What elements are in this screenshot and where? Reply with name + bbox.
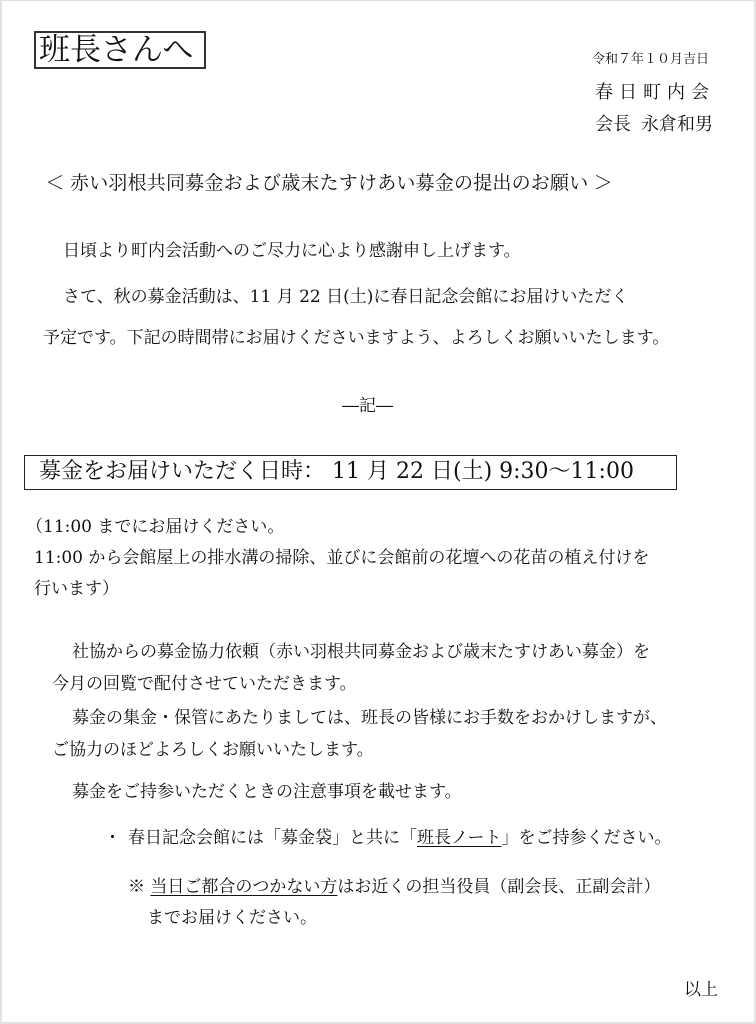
open-bracket: ＜: [40, 168, 70, 195]
schedule-box: 募金をお届けいただく日時： 11 月 22 日(土) 9:30～11:00: [24, 455, 677, 490]
schedule-label: 募金をお届けいただく日時：: [39, 459, 325, 484]
note-text-after: はお近くの担当役員（副会長、正副会計）: [337, 877, 660, 897]
body-line-2: 今月の回覧で配付させていただきます。: [52, 669, 357, 694]
closing-mark: 以上: [684, 975, 718, 1000]
note-line-1: ※ 当日ご都合のつかない方はお近くの担当役員（副会長、正副会計）: [128, 872, 660, 897]
note-underlined-text: 当日ご都合のつかない方: [150, 877, 337, 897]
issue-date: 令和７年１０月吉日: [592, 48, 709, 67]
president-title: 会長: [595, 114, 631, 135]
addressee-box: 班長さんへ: [34, 31, 206, 69]
note-line-2: までお届けください。: [147, 903, 317, 928]
page-edge-left: [0, 0, 2, 1024]
subject-title: ＜赤い羽根共同募金および歳末たすけあい募金の提出のお願い＞: [40, 168, 618, 195]
bullet-item: ・春日記念会館には「募金袋」と共に「班長ノート」をご持参ください。: [104, 823, 672, 848]
schedule-note-line-3: 行います）: [34, 574, 119, 599]
schedule-value: 11 月 22 日(土) 9:30～11:00: [332, 459, 634, 484]
intro-line-1: 日頃より町内会活動へのご尽力に心より感謝申し上げます。: [63, 236, 521, 261]
organization-name: 春日町内会: [595, 78, 715, 104]
schedule-note-line-2: 11:00 から会館屋上の排水溝の掃除、並びに会館前の花壇への花苗の植え付けを: [34, 543, 649, 568]
bullet-text-after: 」をご持参ください。: [502, 828, 672, 848]
reference-mark-icon: ※: [128, 877, 145, 897]
subject-text: 赤い羽根共同募金および歳末たすけあい募金の提出のお願い: [70, 172, 588, 194]
schedule-note-line-1: （11:00 までにお届けください。: [26, 512, 284, 537]
president-signature: 会長永倉和男: [595, 110, 713, 136]
body-line-3: 募金の集金・保管にあたりましては、班長の皆様にお手数をおかけしますが、: [72, 703, 667, 728]
page-edge-top: [0, 0, 756, 1]
bullet-text-before: 春日記念会館には「募金袋」と共に「: [128, 828, 417, 848]
president-name: 永倉和男: [641, 114, 713, 135]
bullet-marker: ・: [104, 823, 128, 848]
close-bracket: ＞: [588, 168, 618, 195]
bullet-underlined-text: 班長ノート: [417, 828, 502, 848]
intro-line-3: 予定です。下記の時間帯にお届けくださいますよう、よろしくお願いいたします。: [43, 323, 669, 348]
body-line-5: 募金をご持参いただくときの注意事項を載せます。: [72, 777, 462, 802]
intro-line-2: さて、秋の募金活動は、11 月 22 日(土)に春日記念会館にお届けいただく: [63, 282, 628, 307]
body-line-1: 社協からの募金協力依頼（赤い羽根共同募金および歳末たすけあい募金）を: [72, 637, 650, 662]
ki-heading: ―記―: [342, 391, 393, 416]
body-line-4: ご協力のほどよろしくお願いいたします。: [52, 735, 374, 760]
